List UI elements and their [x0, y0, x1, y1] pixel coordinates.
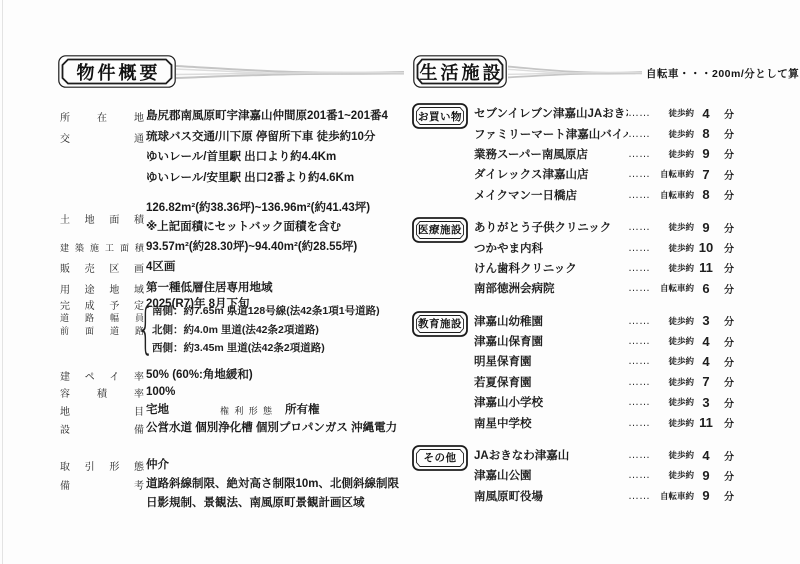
facility-section-other: その他 JAおきなわ津嘉山 …… 徒歩約 4 分 津嘉山	[410, 445, 766, 506]
travel-mode: 徒歩約	[656, 469, 694, 481]
travel-minutes: 8	[694, 187, 718, 202]
travel-minutes: 6	[694, 281, 718, 296]
dot-leader: ……	[628, 355, 656, 367]
field-value: 公営水道 個別浄化槽 個別プロパンガス 沖縄電力	[146, 418, 397, 438]
travel-minutes: 4	[694, 354, 718, 369]
facility-item: 南風原町役場 …… 自転車約 9 分	[474, 486, 766, 506]
education-badge-label: 教育施設	[412, 311, 468, 337]
field-value: 琉球バス交通/川下原 停留所下車 徒歩約10分	[146, 127, 375, 147]
field-floor-ratio: 容積率 100%	[58, 382, 406, 402]
facilities-title-badge: 生活施設	[413, 55, 507, 88]
travel-minutes: 3	[694, 395, 718, 410]
travel-mode: 自転車約	[656, 168, 694, 180]
dot-leader: ……	[628, 262, 656, 274]
facility-name: ダイレックス津嘉山店	[474, 166, 628, 182]
travel-mode: 徒歩約	[656, 417, 694, 429]
dot-leader: ……	[628, 396, 656, 408]
other-items: JAおきなわ津嘉山 …… 徒歩約 4 分 津嘉山公園 …… 徒歩約 9 分	[474, 445, 766, 506]
travel-mode: 徒歩約	[656, 221, 694, 233]
field-remarks: 備考 道路斜線制限、絶対高さ制限10m、北側斜線制限	[58, 474, 406, 494]
field-label: 販売区画	[60, 260, 144, 275]
minutes-unit: 分	[718, 187, 734, 202]
minutes-unit: 分	[718, 220, 734, 235]
field-value: 100%	[146, 382, 175, 402]
medical-badge-label: 医療施設	[412, 217, 468, 243]
field-value: ゆいレール/首里駅 出口より約4.4Km	[146, 147, 336, 167]
field-remarks-line2: 日影規制、景観法、南風原町景観計画区域	[58, 493, 406, 513]
shopping-badge-label: お買い物	[412, 103, 468, 129]
facility-name: けん歯科クリニック	[474, 260, 628, 276]
facility-name: 若夏保育園	[474, 374, 628, 390]
travel-minutes: 9	[694, 488, 718, 503]
field-transaction: 取引形態 仲介	[58, 455, 406, 475]
field-access-line3: ゆいレール/安里駅 出口2番より約4.6Km	[58, 168, 406, 188]
travel-minutes: 3	[694, 313, 718, 328]
travel-mode: 徒歩約	[656, 355, 694, 367]
facility-name: 南星中学校	[474, 415, 628, 431]
facility-name: 津嘉山幼稚園	[474, 313, 628, 329]
facility-name: セブンイレブン津嘉山JAおきなわ店	[474, 105, 628, 121]
shopping-items: セブンイレブン津嘉山JAおきなわ店 …… 徒歩約 4 分 ファミリーマート津嘉山…	[474, 103, 766, 205]
minutes-unit: 分	[718, 395, 734, 410]
travel-mode: 徒歩約	[656, 335, 694, 347]
field-access-line2: ゆいレール/首里駅 出口より約4.4Km	[58, 147, 406, 167]
travel-minutes: 9	[694, 146, 718, 161]
travel-minutes: 4	[694, 334, 718, 349]
field-utilities: 設備 公営水道 個別浄化槽 個別プロパンガス 沖縄電力	[58, 418, 406, 438]
facility-name: ファミリーマート津嘉山バイパス店	[474, 126, 628, 142]
facility-item: 津嘉山幼稚園 …… 徒歩約 3 分	[474, 311, 766, 331]
travel-mode: 自転車約	[656, 490, 694, 502]
dot-leader: ……	[628, 128, 656, 140]
facility-item: 業務スーパー南風原店 …… 徒歩約 9 分	[474, 144, 766, 164]
facility-name: つかやま内科	[474, 240, 628, 256]
education-badge: 教育施設	[412, 311, 468, 337]
field-label: 容積率	[60, 385, 144, 400]
facility-item: 津嘉山公園 …… 徒歩約 9 分	[474, 465, 766, 485]
travel-mode: 自転車約	[656, 282, 694, 294]
field-value: ゆいレール/安里駅 出口2番より約4.6Km	[146, 168, 354, 188]
field-label: 建築施工面積	[60, 241, 144, 254]
rights-label: 権利形態	[220, 404, 272, 417]
minutes-unit: 分	[718, 106, 734, 121]
travel-mode: 徒歩約	[656, 315, 694, 327]
facility-name: 津嘉山小学校	[474, 394, 628, 410]
travel-mode: 徒歩約	[656, 107, 694, 119]
field-roads-label: 道路幅員 前面道路	[60, 312, 144, 337]
field-label: 所在地	[60, 109, 144, 124]
facility-name: 南部徳洲会病院	[474, 280, 628, 296]
property-flyer-page: 物件概要 所在地 島尻郡南風原町宇津嘉山仲間原201番1~201番4 交通 琉球…	[0, 0, 800, 564]
field-value: 日影規制、景観法、南風原町景観計画区域	[146, 493, 365, 513]
facility-item: 津嘉山小学校 …… 徒歩約 3 分	[474, 392, 766, 412]
field-value: 126.82m²(約38.36坪)~136.96m²(約41.43坪) ※上記面…	[146, 199, 370, 237]
minutes-unit: 分	[718, 240, 734, 255]
travel-minutes: 11	[694, 260, 718, 275]
dot-leader: ……	[628, 417, 656, 429]
facility-section-education: 教育施設 津嘉山幼稚園 …… 徒歩約 3 分 津嘉山保育	[410, 311, 766, 433]
travel-mode: 自転車約	[656, 189, 694, 201]
road-west: 西側：約3.45m 里道(法42条2項道路)	[152, 339, 325, 357]
field-land-category: 地目 宅地 権利形態 所有権	[58, 400, 406, 420]
facility-name: JAおきなわ津嘉山	[474, 447, 628, 463]
travel-minutes: 10	[694, 240, 718, 255]
travel-mode: 徒歩約	[656, 242, 694, 254]
travel-minutes: 7	[694, 167, 718, 182]
dot-leader: ……	[628, 148, 656, 160]
field-label-line2: 前面道路	[60, 325, 144, 338]
travel-mode: 徒歩約	[656, 376, 694, 388]
field-lots: 販売区画 4区画	[58, 257, 406, 277]
facilities-title: 生活施設	[413, 55, 507, 88]
field-label: 取引形態	[60, 458, 144, 473]
field-land-area: 土地面積 126.82m²(約38.36坪)~136.96m²(約41.43坪)…	[58, 198, 406, 238]
field-value: 島尻郡南風原町宇津嘉山仲間原201番1~201番4	[146, 106, 388, 126]
field-value: 4区画	[146, 257, 175, 277]
minutes-unit: 分	[718, 260, 734, 275]
minutes-unit: 分	[718, 313, 734, 328]
education-items: 津嘉山幼稚園 …… 徒歩約 3 分 津嘉山保育園 …… 徒歩約 4 分	[474, 311, 766, 433]
facility-item: つかやま内科 …… 徒歩約 10 分	[474, 237, 766, 257]
travel-minutes: 11	[694, 415, 718, 430]
dot-leader: ……	[628, 221, 656, 233]
facility-item: JAおきなわ津嘉山 …… 徒歩約 4 分	[474, 445, 766, 465]
field-location: 所在地 島尻郡南風原町宇津嘉山仲間原201番1~201番4	[58, 106, 406, 126]
medical-items: ありがとう子供クリニック …… 徒歩約 9 分 つかやま内科 …… 徒歩約 10	[474, 217, 766, 299]
facility-item: 南部徳洲会病院 …… 自転車約 6 分	[474, 278, 766, 298]
other-badge: その他	[412, 445, 468, 471]
travel-mode: 徒歩約	[656, 148, 694, 160]
travel-mode: 徒歩約	[656, 128, 694, 140]
field-value: 道路斜線制限、絶対高さ制限10m、北側斜線制限	[146, 474, 399, 494]
facility-item: 明星保育園 …… 徒歩約 4 分	[474, 351, 766, 371]
travel-mode: 徒歩約	[656, 449, 694, 461]
facility-name: 明星保育園	[474, 353, 628, 369]
decorative-swoosh-icon	[508, 62, 642, 82]
land-area-range: 126.82m²(約38.36坪)~136.96m²(約41.43坪)	[146, 199, 370, 218]
facility-name: 津嘉山公園	[474, 467, 628, 483]
rights-value: 所有権	[285, 400, 320, 420]
field-label: 設備	[60, 421, 144, 436]
facility-item: 若夏保育園 …… 徒歩約 7 分	[474, 372, 766, 392]
minutes-unit: 分	[718, 281, 734, 296]
facility-section-shopping: お買い物 セブンイレブン津嘉山JAおきなわ店 …… 徒歩約 4 分	[410, 103, 766, 205]
dot-leader: ……	[628, 315, 656, 327]
facility-name: 南風原町役場	[474, 488, 628, 504]
field-access: 交通 琉球バス交通/川下原 停留所下車 徒歩約10分	[58, 127, 406, 147]
overview-title-badge: 物件概要	[58, 55, 176, 88]
decorative-swoosh-icon	[176, 61, 404, 83]
dot-leader: ……	[628, 242, 656, 254]
facility-name: 業務スーパー南風原店	[474, 146, 628, 162]
field-label: 土地面積	[60, 211, 144, 226]
field-label: 完成予定	[60, 297, 144, 312]
field-label: 地目	[60, 403, 144, 418]
shopping-badge: お買い物	[412, 103, 468, 129]
living-facilities-section: 生活施設 自転車・・・200m/分として算出 お買い物	[410, 55, 766, 535]
field-value: 93.57m²(約28.30坪)~94.40m²(約28.55坪)	[146, 237, 357, 257]
property-overview-section: 物件概要 所在地 島尻郡南風原町宇津嘉山仲間原201番1~201番4 交通 琉球…	[58, 55, 406, 535]
dot-leader: ……	[628, 449, 656, 461]
field-value: 宅地	[146, 400, 169, 420]
travel-minutes: 4	[694, 106, 718, 121]
minutes-unit: 分	[718, 354, 734, 369]
road-south: 南側：約7.65m 県道128号線(法42条1項1号道路)	[152, 302, 380, 320]
facility-section-medical: 医療施設 ありがとう子供クリニック …… 徒歩約 9 分	[410, 217, 766, 299]
minutes-unit: 分	[718, 334, 734, 349]
facility-name: メイクマン一日橋店	[474, 187, 628, 203]
facility-name: ありがとう子供クリニック	[474, 219, 628, 235]
medical-badge: 医療施設	[412, 217, 468, 243]
field-value: 仲介	[146, 455, 169, 475]
minutes-unit: 分	[718, 468, 734, 483]
minutes-unit: 分	[718, 488, 734, 503]
field-build-area: 建築施工面積 93.57m²(約28.30坪)~94.40m²(約28.55坪)	[58, 237, 406, 257]
travel-minutes: 4	[694, 448, 718, 463]
overview-title: 物件概要	[58, 55, 176, 88]
facility-item: メイクマン一日橋店 …… 自転車約 8 分	[474, 185, 766, 205]
brace-decoration: {	[137, 300, 148, 361]
minutes-unit: 分	[718, 126, 734, 141]
facility-item: けん歯科クリニック …… 徒歩約 11 分	[474, 258, 766, 278]
dot-leader: ……	[628, 107, 656, 119]
field-label: 交通	[60, 130, 144, 145]
land-area-note: ※上記面積にセットバック面積を含む	[146, 218, 370, 237]
travel-minutes: 7	[694, 374, 718, 389]
dot-leader: ……	[628, 168, 656, 180]
facility-item: 南星中学校 …… 徒歩約 11 分	[474, 412, 766, 432]
field-label-line1: 道路幅員	[60, 312, 144, 325]
dot-leader: ……	[628, 335, 656, 347]
dot-leader: ……	[628, 282, 656, 294]
other-badge-label: その他	[412, 445, 468, 471]
dot-leader: ……	[628, 490, 656, 502]
minutes-unit: 分	[718, 415, 734, 430]
field-label: 建ペイ率	[60, 368, 144, 383]
travel-minutes: 8	[694, 126, 718, 141]
bicycle-calc-note: 自転車・・・200m/分として算出	[646, 66, 800, 81]
facility-name: 津嘉山保育園	[474, 333, 628, 349]
road-north: 北側：約4.0m 里道(法42条2項道路)	[152, 321, 319, 339]
travel-mode: 徒歩約	[656, 262, 694, 274]
overview-table: 所在地 島尻郡南風原町宇津嘉山仲間原201番1~201番4 交通 琉球バス交通/…	[58, 103, 406, 533]
minutes-unit: 分	[718, 448, 734, 463]
facility-item: ダイレックス津嘉山店 …… 自転車約 7 分	[474, 164, 766, 184]
field-label: 備考	[60, 477, 144, 492]
travel-mode: 徒歩約	[656, 396, 694, 408]
dot-leader: ……	[628, 376, 656, 388]
facility-lists: お買い物 セブンイレブン津嘉山JAおきなわ店 …… 徒歩約 4 分	[410, 103, 766, 518]
facility-item: ありがとう子供クリニック …… 徒歩約 9 分	[474, 217, 766, 237]
dot-leader: ……	[628, 469, 656, 481]
dot-leader: ……	[628, 189, 656, 201]
facility-item: セブンイレブン津嘉山JAおきなわ店 …… 徒歩約 4 分	[474, 103, 766, 123]
travel-minutes: 9	[694, 468, 718, 483]
minutes-unit: 分	[718, 146, 734, 161]
facility-item: ファミリーマート津嘉山バイパス店 …… 徒歩約 8 分	[474, 123, 766, 143]
minutes-unit: 分	[718, 167, 734, 182]
travel-minutes: 9	[694, 220, 718, 235]
facility-item: 津嘉山保育園 …… 徒歩約 4 分	[474, 331, 766, 351]
minutes-unit: 分	[718, 374, 734, 389]
